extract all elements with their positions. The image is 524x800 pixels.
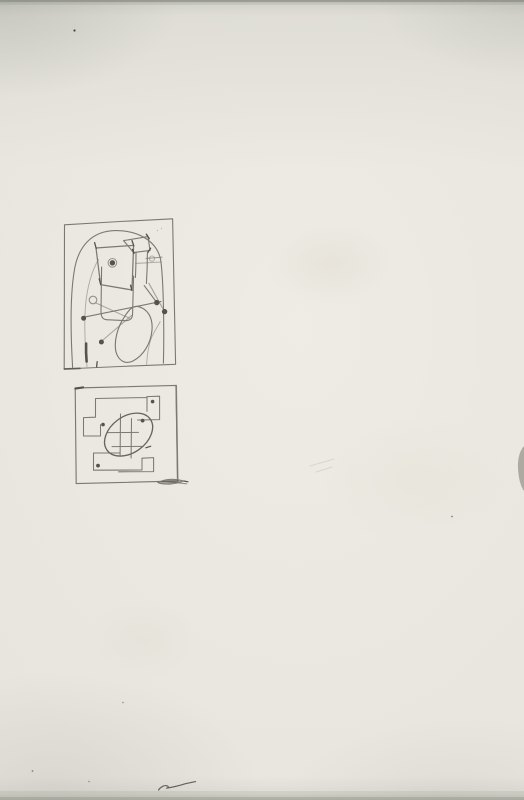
bottom-edge-shade <box>0 791 524 797</box>
pencil-dot <box>141 419 145 423</box>
neck-lines <box>135 252 147 284</box>
paper-speck <box>73 29 75 31</box>
paper-speck <box>451 516 453 518</box>
page-edges <box>0 0 524 800</box>
frame-bottom-left-emphasis <box>64 368 80 369</box>
page-art <box>0 0 524 800</box>
paper-speck <box>88 781 90 783</box>
faint-dot <box>161 228 162 229</box>
meander-sketch <box>75 385 188 484</box>
leg-emphasis-stroke <box>86 344 87 362</box>
frame-bottom-tick <box>97 362 98 367</box>
figure-frame-outline <box>64 219 175 369</box>
pencil-dot <box>81 316 86 321</box>
paper-speck <box>32 770 34 772</box>
meander-path <box>84 396 160 472</box>
arm-line-2 <box>149 283 164 311</box>
paper-marks <box>32 29 453 790</box>
pencil-dot <box>154 300 159 305</box>
right-edge-notch <box>518 446 524 491</box>
pencil-dot <box>99 340 104 345</box>
pencil-squiggle <box>159 782 196 790</box>
meander-frame-outline <box>75 385 177 483</box>
pencil-dot <box>101 423 105 427</box>
small-scribble-mark <box>146 446 151 448</box>
top-edge-shade <box>0 0 524 5</box>
faint-dot <box>157 230 158 231</box>
paper-speck <box>122 702 124 704</box>
sketchbook-page <box>0 0 524 800</box>
pencil-dot <box>96 464 100 468</box>
ellipse-shape <box>96 404 160 465</box>
pencil-dot <box>162 309 167 314</box>
pencil-ring <box>89 296 97 304</box>
shoulder-line-lower <box>136 262 162 263</box>
pencil-dot <box>110 260 115 265</box>
meander-frame-start-emphasis <box>75 387 83 388</box>
faint-scratch <box>310 459 334 472</box>
pencil-dot <box>151 400 155 404</box>
leaf-tail <box>184 481 188 482</box>
figure-sketch <box>64 219 175 369</box>
meander-frame-right-emphasis <box>176 386 178 482</box>
